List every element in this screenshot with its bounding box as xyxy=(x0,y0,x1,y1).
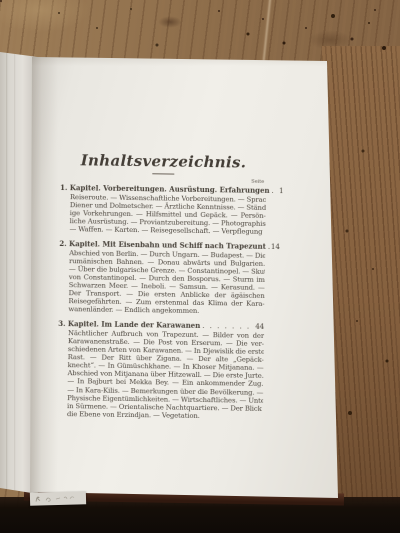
gutter-shadow xyxy=(28,52,58,502)
chapter-summary: Abschied von Berlin. — Durch Ungarn. — B… xyxy=(58,249,265,317)
wood-scratch xyxy=(263,0,272,61)
chapter-page-number: 44 xyxy=(254,323,264,332)
chapter-entry: 1. Kapitel. Vorbereitungen. Ausrüstung. … xyxy=(59,184,266,236)
chapter-summary: Nächtlicher Aufbruch von Trapezunt. — Bi… xyxy=(57,329,264,421)
book-page: Inhaltsverzeichnis. Seite 1. Kapitel. Vo… xyxy=(28,52,340,502)
chapter-page-number: 14 xyxy=(270,243,280,252)
chapter-summary: Reiseroute. — Wissenschaftliche Vorberei… xyxy=(59,193,266,236)
toc-line: — Waffen. — Karten. — Reisegesellschaft.… xyxy=(69,225,265,236)
chapter-list: 1. Kapitel. Vorbereitungen. Ausrüstung. … xyxy=(57,184,266,421)
book-photo: Inhaltsverzeichnis. Seite 1. Kapitel. Vo… xyxy=(0,0,400,533)
chapter-page-number: 1 xyxy=(273,187,283,196)
heading-rule xyxy=(152,173,174,174)
chapter-entry: 3. Kapitel. Im Lande der Karawanen . . .… xyxy=(57,320,264,420)
label-slip xyxy=(30,491,86,505)
chapter-entry: 2. Kapitel. Mit Eisenbahn und Schiff nac… xyxy=(58,240,265,316)
handwritten-mark xyxy=(30,491,86,505)
toc-content: Inhaltsverzeichnis. Seite 1. Kapitel. Vo… xyxy=(57,52,268,428)
toc-heading: Inhaltsverzeichnis. xyxy=(60,152,266,171)
wood-specks xyxy=(0,0,2,2)
